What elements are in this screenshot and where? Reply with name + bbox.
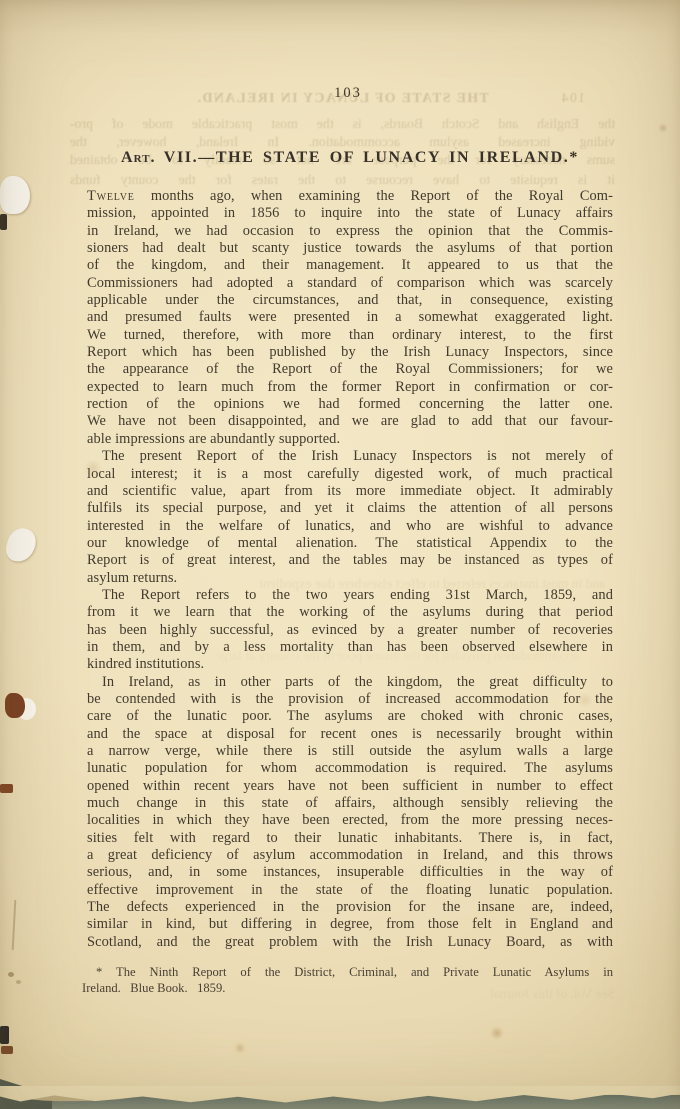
footnote-line: * The Ninth Report of the District, Crim… <box>82 964 613 980</box>
text-line: interested in the welfare of lunatics, a… <box>87 518 613 535</box>
paragraph: The Report refers to the two years endin… <box>87 587 613 674</box>
text-line: We turned, therefore, with more than ord… <box>87 327 613 344</box>
text-line: fulfils its special purpose, and yet it … <box>87 500 613 517</box>
text-line: Twelve months ago, when examining the Re… <box>87 188 613 205</box>
text-line: Report which has been published by the I… <box>87 344 613 361</box>
text-line: Scotland, and the great problem with the… <box>87 934 613 951</box>
text-line: and scientific value, apart from its mor… <box>87 483 613 500</box>
text-line: kindred institutions. <box>87 656 613 673</box>
text-line: applicable under the circumstances, and … <box>87 292 613 309</box>
text-line: sioners had dealt but scanty justice tow… <box>87 240 613 257</box>
bleedthrough-line: viding increased asylum accommodation. I… <box>70 134 615 150</box>
text-line: The Report refers to the two years endin… <box>87 587 613 604</box>
paper-speck <box>8 972 14 977</box>
text-line: lunatic population for whom accommodatio… <box>87 760 613 777</box>
glue-stain <box>1 1046 13 1054</box>
text-line: care of the lunatic poor. The asylums ar… <box>87 708 613 725</box>
text-line: rection of the opinions we had formed co… <box>87 396 613 413</box>
text-line: In Ireland, as in other parts of the kin… <box>87 674 613 691</box>
torn-edge-white-patch <box>0 176 30 214</box>
footnote-line: Ireland. Blue Book. 1859. <box>82 980 613 996</box>
text-line: The defects experienced in the provision… <box>87 899 613 916</box>
text-line: localities in which they have been erect… <box>87 812 613 829</box>
text-line: expected to learn much from the former R… <box>87 379 613 396</box>
text-line: our knowledge of mental alienation. The … <box>87 535 613 552</box>
text-line: Report is of great interest, and the tab… <box>87 552 613 569</box>
text-line: in them, and by a less mortality than ha… <box>87 639 613 656</box>
torn-edge-white-patch <box>3 525 38 565</box>
text-line: sities felt with regard to their lunatic… <box>87 830 613 847</box>
bleedthrough-line: the English and Scotch Boards, is the mo… <box>70 116 615 132</box>
bleedthrough-text: 104 THE STATE OF LUNACY IN IRELAND. the … <box>70 0 615 220</box>
text-line: serious, and, in some instances, insuper… <box>87 864 613 881</box>
text-line: the appearance of the Report of the Roya… <box>87 361 613 378</box>
lead-word-smallcaps: Twelve <box>87 188 135 204</box>
text-line: opened within recent years have not been… <box>87 778 613 795</box>
paper-crease <box>12 900 17 950</box>
text-line: of the kingdom, and their management. It… <box>87 257 613 274</box>
text-line: much change in this state of affairs, al… <box>87 795 613 812</box>
bleedthrough-line: it is requisite to have recourse to the … <box>70 172 615 188</box>
text-line: effective improvement in the state of th… <box>87 882 613 899</box>
footnote: * The Ninth Report of the District, Crim… <box>82 964 613 996</box>
article-title-text: VII.—THE STATE OF LUNACY IN IRELAND.* <box>156 149 579 166</box>
text-line: We have not been disappointed, and we ar… <box>87 413 613 430</box>
scanned-page: 104 THE STATE OF LUNACY IN IRELAND. the … <box>0 0 680 1109</box>
paragraph: The present Report of the Irish Lunacy I… <box>87 448 613 587</box>
text-line: The present Report of the Irish Lunacy I… <box>87 448 613 465</box>
binding-mark <box>0 214 7 230</box>
article-number-label: Art. <box>121 149 155 166</box>
text-line: local interest; it is a most carefully d… <box>87 466 613 483</box>
article-title: Art. VII.—THE STATE OF LUNACY IN IRELAND… <box>87 149 613 167</box>
page-number: 103 <box>0 85 680 102</box>
paragraph: In Ireland, as in other parts of the kin… <box>87 674 613 952</box>
text-line: Commissioners had adopted a standard of … <box>87 275 613 292</box>
paper-speck <box>16 980 21 984</box>
text-line: and presumed faults were presented in a … <box>87 309 613 326</box>
text-line: mission, appointed in 1856 to inquire in… <box>87 205 613 222</box>
glue-stain <box>5 693 25 718</box>
text-line: has been highly successful, as evinced b… <box>87 622 613 639</box>
binding-mark <box>0 1026 9 1044</box>
paragraph: Twelve months ago, when examining the Re… <box>87 188 613 448</box>
text-line: be contended with is the provision of in… <box>87 691 613 708</box>
text-line: from it we learn that the working of the… <box>87 604 613 621</box>
text-line: similar in kind, but differing in degree… <box>87 916 613 933</box>
text-line: in Ireland, we had occasion to express t… <box>87 223 613 240</box>
text-line: a great deficiency of asylum accommodati… <box>87 847 613 864</box>
text-line: and the space at disposal for recent one… <box>87 726 613 743</box>
text-line: a narrow verge, while there is still out… <box>87 743 613 760</box>
text-line: able impressions are abundantly supporte… <box>87 431 613 448</box>
glue-stain <box>0 784 13 793</box>
body-text: Twelve months ago, when examining the Re… <box>87 188 613 951</box>
text-line: asylum returns. <box>87 570 613 587</box>
